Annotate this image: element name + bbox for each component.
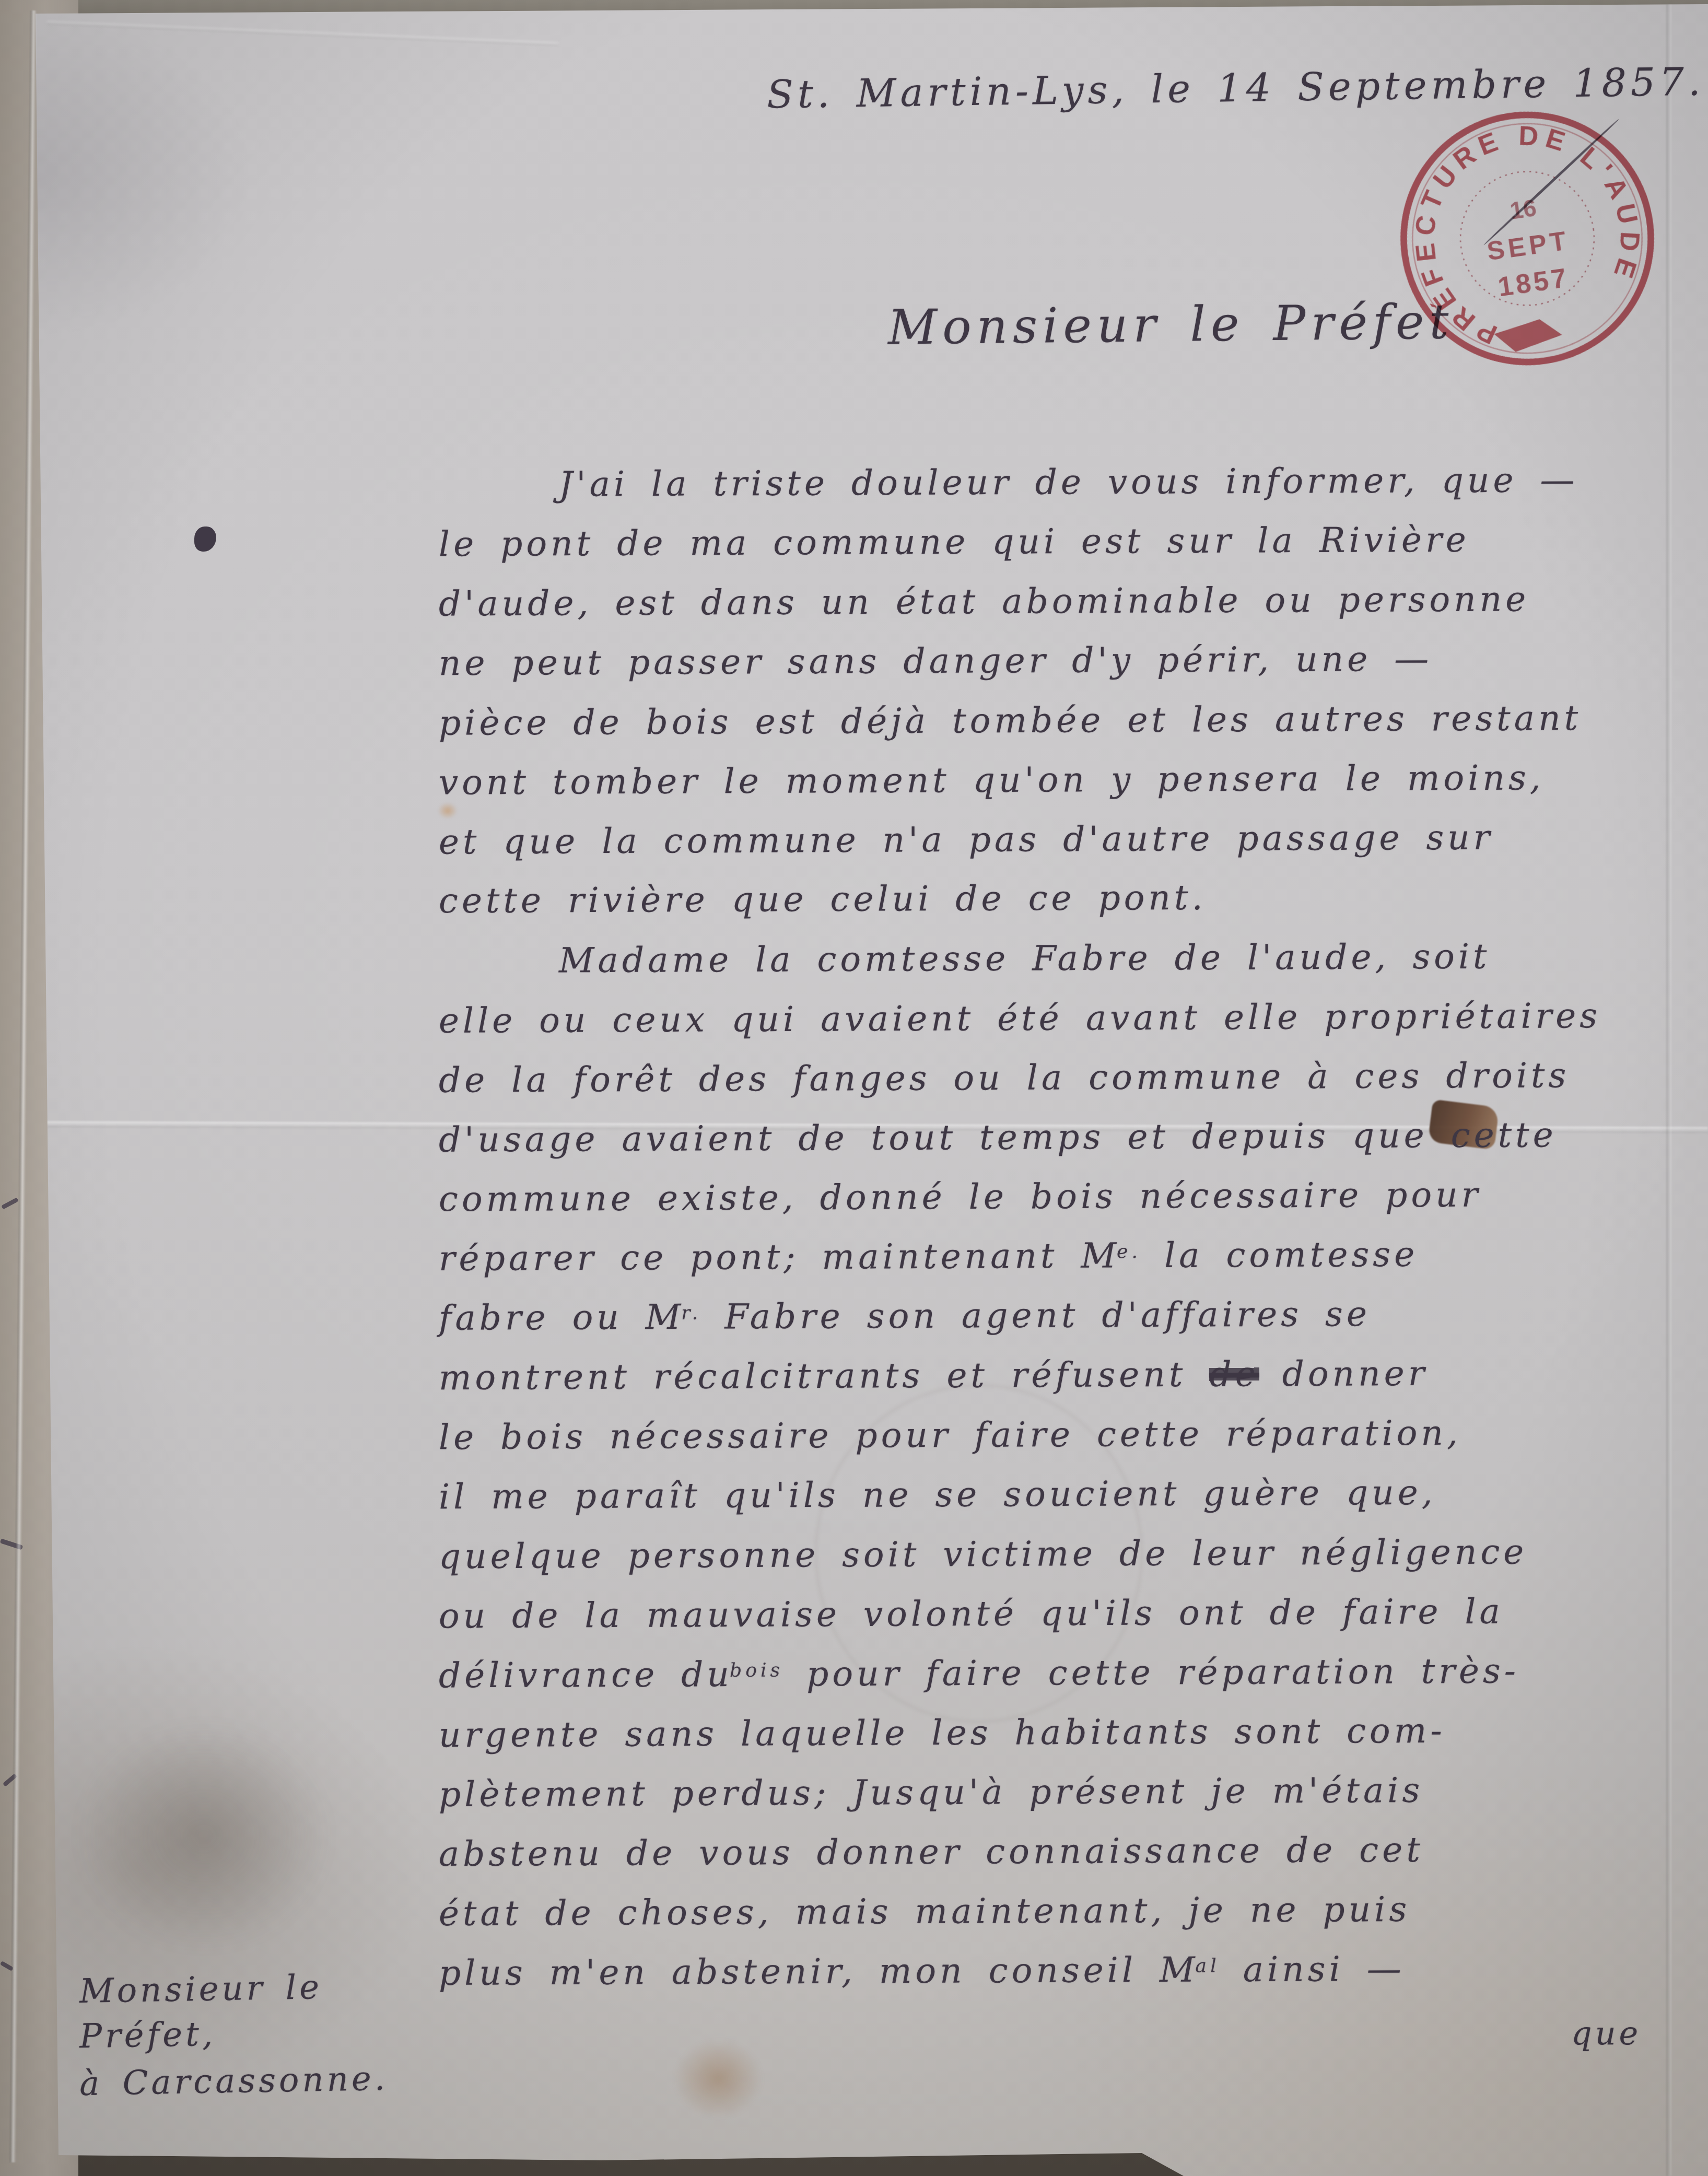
- manuscript-text: plus m'en abstenir, mon conseil M: [439, 1950, 1199, 1993]
- manuscript-line: il me paraît qu'ils ne se soucient guère…: [439, 1472, 1436, 1536]
- manuscript-text: ne peut passer sans danger d'y périr, un…: [439, 639, 1433, 683]
- manuscript-line: le bois nécessaire pour faire cette répa…: [439, 1413, 1462, 1477]
- manuscript-text: Fabre son agent d'affaires se: [701, 1294, 1371, 1337]
- manuscript-text: montrent récalcitrants et réfusent: [439, 1354, 1210, 1398]
- manuscript-text: abstenu de vous donner connaissance de c…: [439, 1830, 1424, 1874]
- manuscript-line: vont tomber le moment qu'on y pensera le…: [439, 757, 1545, 822]
- manuscript-line: d'usage avaient de tout temps et depuis …: [439, 1115, 1557, 1179]
- manuscript-text: il me paraît qu'ils ne se soucient guère…: [439, 1472, 1436, 1517]
- manuscript-text: la comtesse: [1141, 1234, 1418, 1276]
- manuscript-text: pièce de bois est déjà tombée et les aut…: [439, 698, 1582, 743]
- stamp-ornament: [1493, 317, 1563, 355]
- manuscript-line: pièce de bois est déjà tombée et les aut…: [439, 698, 1582, 763]
- manuscript-text: urgente sans laquelle les habitants sont…: [439, 1711, 1446, 1755]
- manuscript-text: d'usage avaient de tout temps et depuis …: [439, 1115, 1557, 1160]
- manuscript-text: J'ai la triste douleur de vous informer,…: [559, 460, 1578, 505]
- manuscript-text: quelque personne soit victime de leur né…: [439, 1531, 1528, 1576]
- manuscript-line: et que la commune n'a pas d'autre passag…: [439, 817, 1494, 882]
- ink-drop: [194, 527, 216, 552]
- manuscript-line: ne peut passer sans danger d'y périr, un…: [439, 639, 1433, 703]
- manuscript-line: elle ou ceux qui avaient été avant elle …: [439, 996, 1601, 1060]
- manuscript-line: urgente sans laquelle les habitants sont…: [439, 1711, 1446, 1774]
- manuscript-line: de la forêt des fanges ou la commune à c…: [439, 1055, 1570, 1119]
- manuscript-text: cette rivière que celui de ce pont.: [439, 878, 1207, 921]
- manuscript-text: ainsi —: [1220, 1949, 1405, 1990]
- manuscript-text: de la forêt des fanges ou la commune à c…: [439, 1055, 1570, 1100]
- crease-top-left: [47, 21, 558, 46]
- word-insertion: al: [1195, 1954, 1220, 1976]
- manuscript-line: Madame la comtesse Fabre de l'aude, soit: [439, 937, 1491, 1001]
- photograph-background: St. Martin-Lys, le 14 Septembre 1857. Mo…: [0, 0, 1708, 2176]
- stamp-day: 16: [1508, 194, 1538, 225]
- manuscript-text: le bois nécessaire pour faire cette répa…: [439, 1413, 1461, 1458]
- manuscript-line: fabre ou Mr. Fabre son agent d'affaires …: [439, 1294, 1371, 1358]
- manuscript-text: réparer ce pont; maintenant M: [439, 1235, 1120, 1279]
- stamp-graphic: PRÉFECTURE DE L'AUDE 16 SEPT 1857: [1374, 89, 1680, 388]
- manuscript-text: donner: [1259, 1353, 1428, 1394]
- manuscript-text: fabre ou M: [439, 1297, 685, 1338]
- manuscript-text: commune existe, donné le bois nécessaire…: [439, 1175, 1482, 1220]
- under-sheet-ink-mark: [1, 1197, 19, 1209]
- address-line: à Carcassonne.: [79, 2060, 388, 2103]
- manuscript-line: montrent récalcitrants et réfusent de do…: [439, 1353, 1429, 1417]
- manuscript-line: état de choses, mais maintenant, je ne p…: [439, 1889, 1411, 1953]
- brown-stain: [674, 2040, 763, 2118]
- struck-word: de: [1209, 1354, 1259, 1394]
- word-insertion: e.: [1117, 1240, 1141, 1262]
- manuscript-text: délivrance du: [439, 1654, 733, 1695]
- manuscript-line: J'ai la triste douleur de vous informer,…: [439, 460, 1578, 524]
- manuscript-text: plètement perdus; Jusqu'à présent je m'é…: [439, 1770, 1424, 1815]
- manuscript-line: quelque personne soit victime de leur né…: [439, 1531, 1528, 1596]
- manuscript-line: le pont de ma commune qui est sur la Riv…: [439, 520, 1470, 584]
- manuscript-text: le pont de ma commune qui est sur la Riv…: [439, 520, 1470, 565]
- salutation: Monsieur le Préfet: [887, 294, 1454, 355]
- catchword: que: [1571, 2014, 1641, 2052]
- word-insertion: r.: [681, 1302, 701, 1324]
- manuscript-text: vont tomber le moment qu'on y pensera le…: [439, 757, 1545, 802]
- manuscript-line: délivrance dubois pour faire cette répar…: [439, 1651, 1520, 1715]
- smudge-stain: [78, 1724, 329, 1948]
- stamp-month: SEPT: [1485, 226, 1571, 267]
- manuscript-line: réparer ce pont; maintenant Me. la comte…: [439, 1234, 1419, 1298]
- manuscript-line: cette rivière que celui de ce pont.: [439, 878, 1207, 940]
- manuscript-text: état de choses, mais maintenant, je ne p…: [439, 1889, 1411, 1934]
- manuscript-text: Madame la comtesse Fabre de l'aude, soit: [559, 937, 1491, 981]
- manuscript-line: commune existe, donné le bois nécessaire…: [439, 1175, 1482, 1239]
- manuscript-line: abstenu de vous donner connaissance de c…: [439, 1830, 1424, 1893]
- word-insertion: bois: [730, 1658, 784, 1681]
- manuscript-line: ou de la mauvaise volonté qu'ils ont de …: [439, 1592, 1504, 1656]
- manuscript-line: plus m'en abstenir, mon conseil Mal ains…: [439, 1949, 1405, 2013]
- prefecture-date-stamp: PRÉFECTURE DE L'AUDE 16 SEPT 1857: [1374, 89, 1680, 388]
- manuscript-text: ou de la mauvaise volonté qu'ils ont de …: [439, 1592, 1504, 1636]
- manuscript-text: d'aude, est dans un état abominable ou p…: [439, 579, 1530, 624]
- manuscript-text: pour faire cette réparation très-: [783, 1651, 1519, 1694]
- manuscript-line: plètement perdus; Jusqu'à présent je m'é…: [439, 1770, 1424, 1834]
- address-line: Monsieur le: [79, 1968, 322, 2011]
- address-line: Préfet,: [79, 2015, 216, 2056]
- manuscript-line: d'aude, est dans un état abominable ou p…: [439, 579, 1530, 643]
- manuscript-text: et que la commune n'a pas d'autre passag…: [439, 817, 1494, 862]
- manuscript-text: elle ou ceux qui avaient été avant elle …: [439, 996, 1601, 1041]
